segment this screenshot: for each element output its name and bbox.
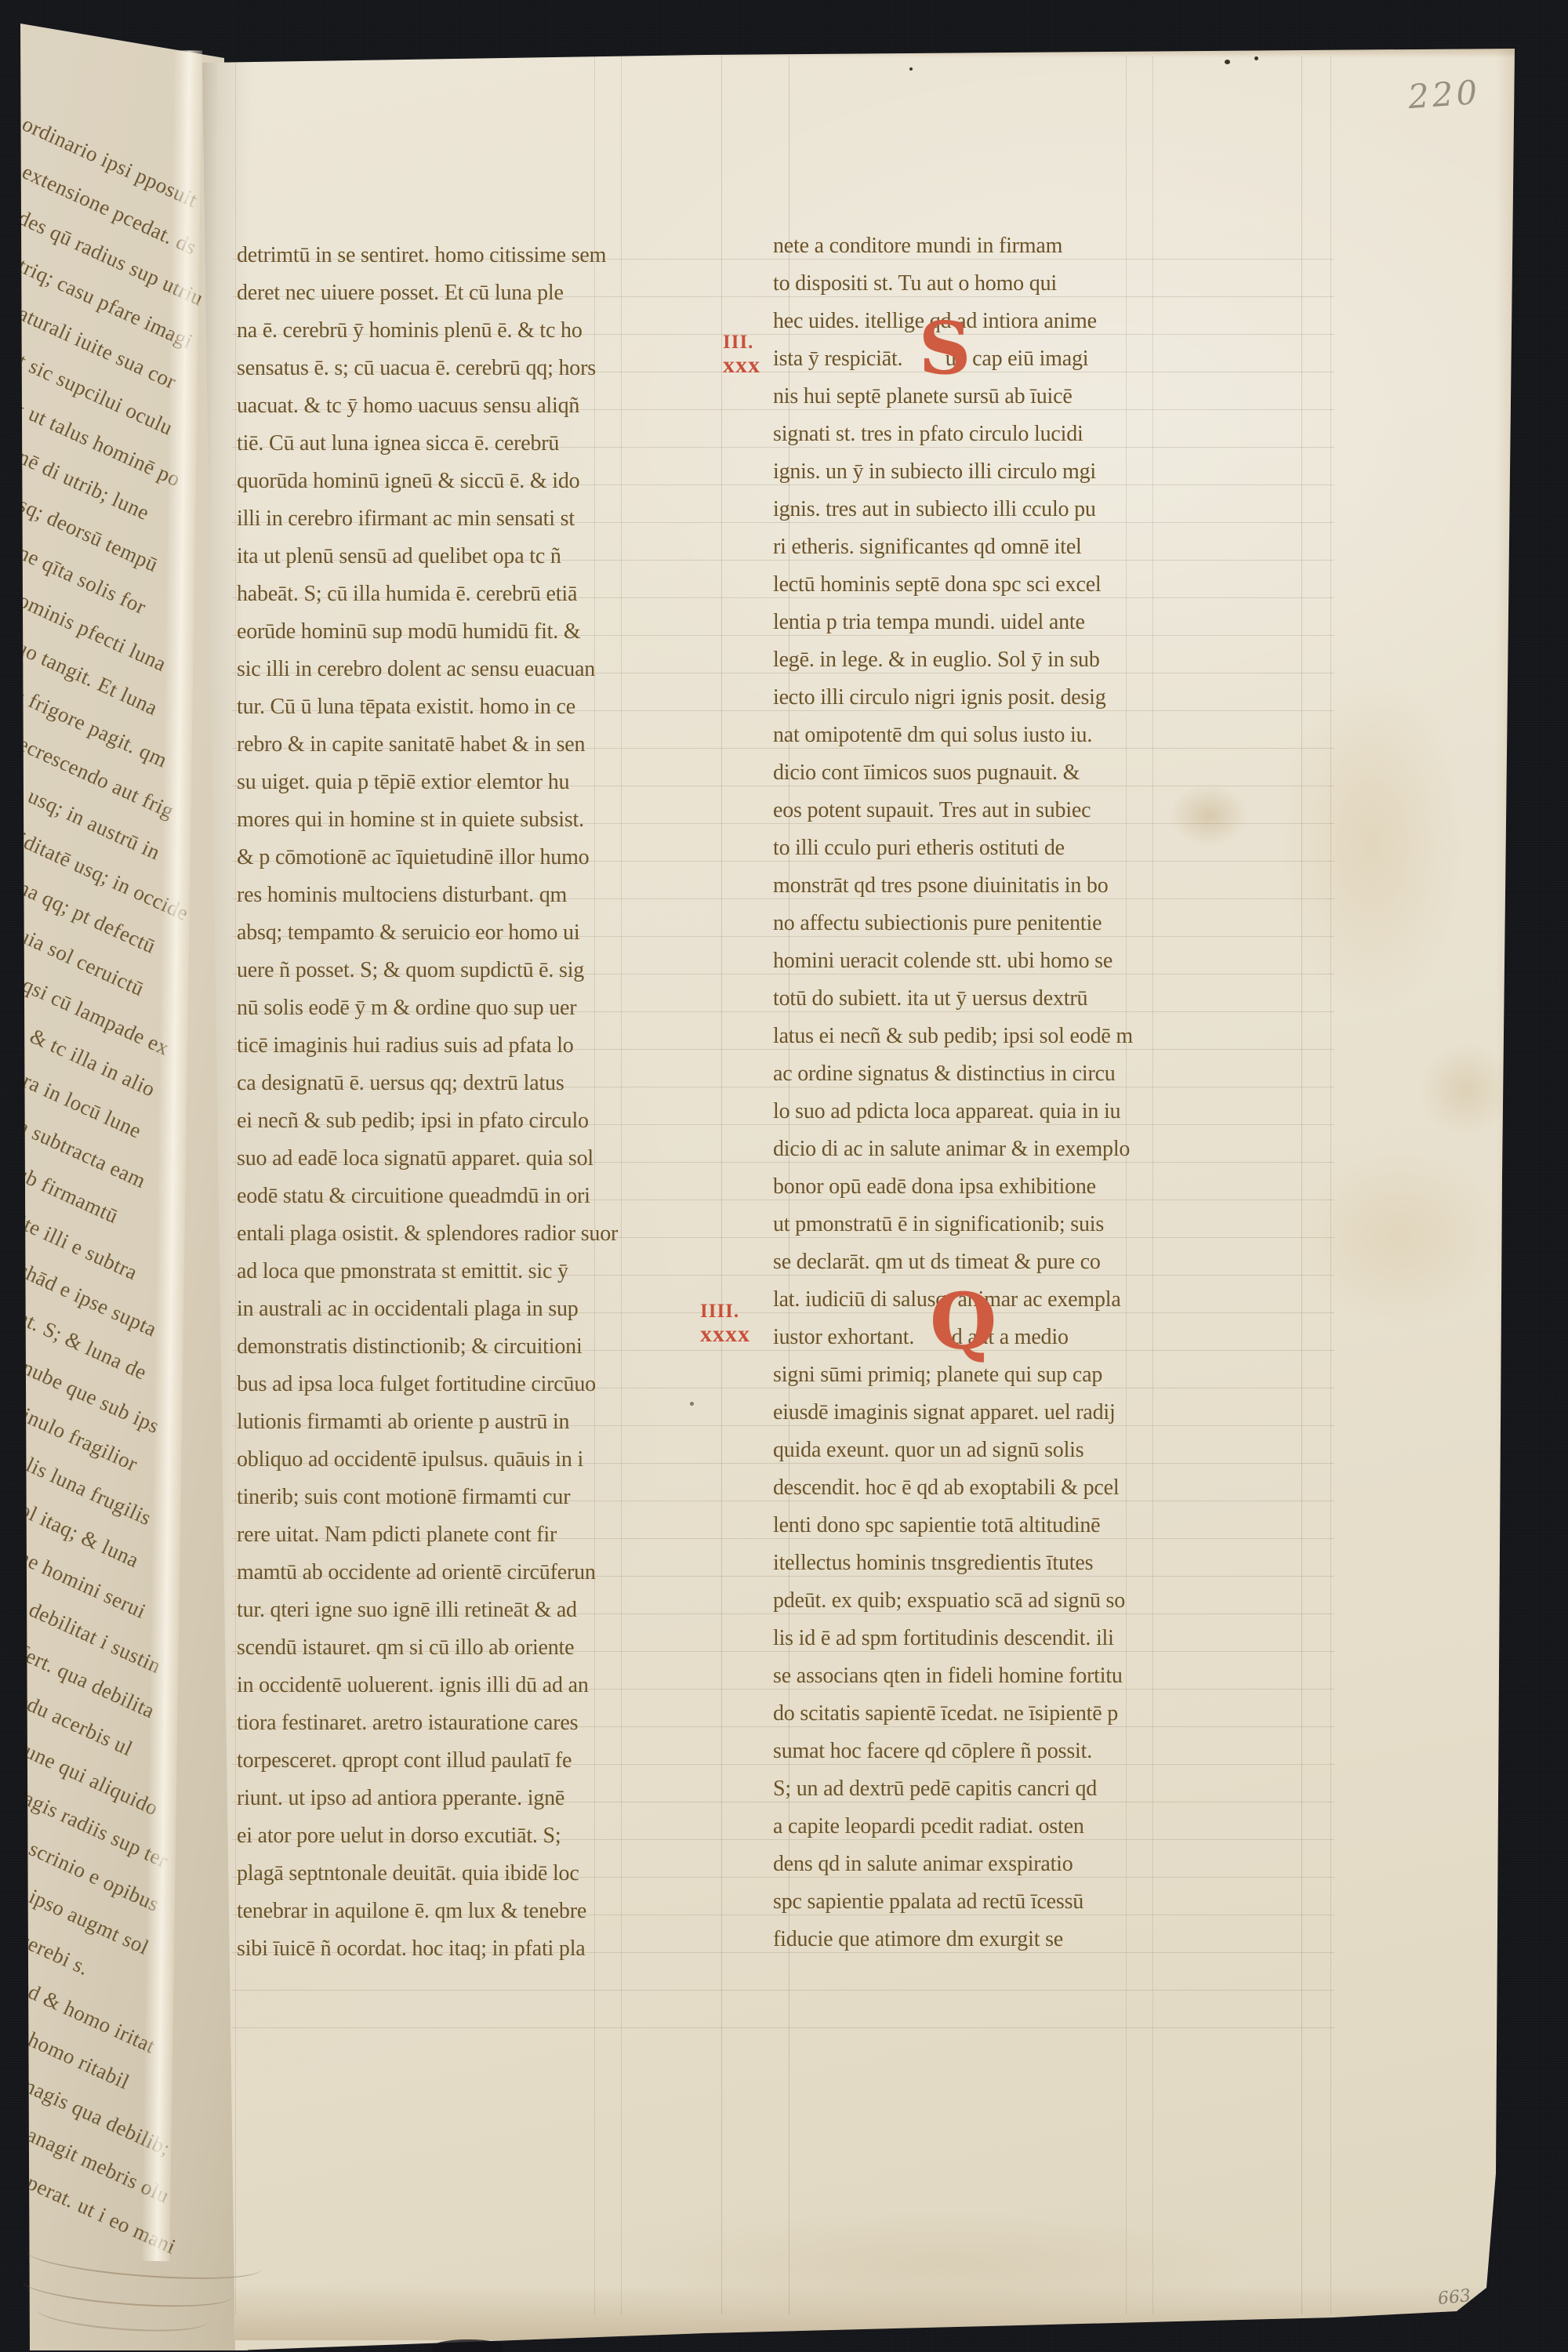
text-line: absq; tempamto & seruicio eor homo ui	[237, 914, 739, 952]
text-line: signi sūmi primiq; planete qui sup cap	[773, 1356, 1306, 1394]
chapter-marker-1: III. xxx	[723, 332, 760, 378]
page-top-edge	[202, 45, 1519, 58]
manuscript-page: detrimtū in se sentiret. homo citissime …	[0, 0, 1568, 2352]
text-line: ita ut plenū sensū ad quelibet opa tc ñ	[237, 538, 739, 575]
text-line: do scitatis sapientē īcedat. ne īsipient…	[773, 1695, 1306, 1733]
text-line: bus ad ipsa loca fulget fortitudine circ…	[237, 1366, 739, 1403]
text-line: nat omipotentē dm qui solus iusto iu.	[773, 717, 1306, 754]
corner-mark: 663	[1437, 2286, 1472, 2309]
text-line: bonor opū eadē dona ipsa exhibitione	[773, 1168, 1306, 1206]
chapter-roman-numeral: III.	[723, 332, 760, 353]
text-line: demonstratis distinctionib; & circuition…	[237, 1328, 739, 1366]
text-line: tur. qteri igne suo ignē illi retineāt &…	[237, 1592, 739, 1629]
text-line: lectū hominis septē dona spc sci excel	[773, 566, 1306, 604]
text-line: ut pmonstratū ē in significationib; suis	[773, 1206, 1306, 1243]
text-line: sibi īuicē ñ ocordat. hoc itaq; in pfati…	[237, 1930, 739, 1968]
text-line: itellectus hominis tnsgredientis ītutes	[773, 1544, 1306, 1582]
manuscript-photo: { "folio": { "number": "220", "corner_ma…	[0, 0, 1568, 2352]
text-line: se associans qten in fideli homine forti…	[773, 1657, 1306, 1695]
text-line: nis hui septē planete sursū ab īuicē	[773, 378, 1306, 416]
text-line: mores qui in homine st in quiete subsist…	[237, 801, 739, 839]
text-line: fiducie que atimore dm exurgit se	[773, 1921, 1306, 1958]
text-line: legē. in lege. & in euglio. Sol ȳ in sub	[773, 641, 1306, 679]
vertical-ruling	[235, 56, 236, 2314]
text-line: res hominis multociens disturbant. qm	[237, 877, 739, 914]
text-line: ad loca que pmonstrata st emittit. sic ȳ	[237, 1253, 739, 1290]
text-line: suo ad eadē loca signatū apparet. quia s…	[237, 1140, 739, 1178]
text-line: ignis. tres aut in subiecto illi cculo p…	[773, 491, 1306, 528]
text-line: homini ueracit colende stt. ubi homo se	[773, 942, 1306, 980]
chapter-roman-numeral: IIII.	[700, 1301, 750, 1322]
chapter-count-numeral: xxx	[723, 353, 760, 378]
text-line: a capite leopardi pcedit radiat. osten	[773, 1808, 1306, 1846]
text-line: ca designatū ē. uersus qq; dextrū latus	[237, 1065, 739, 1102]
text-line: lutionis firmamti ab oriente p austrū in	[237, 1403, 739, 1441]
text-line: ticē imaginis hui radius suis ad pfata l…	[237, 1027, 739, 1065]
text-line: ignis. un ȳ in subiecto illi circulo mgi	[773, 453, 1306, 491]
text-line: ei ator pore uelut in dorso excutiāt. S;	[237, 1817, 739, 1855]
text-line: ac ordine signatus & distinctius in circ…	[773, 1055, 1306, 1093]
text-line: latus ei necñ & sub pedib; ipsi sol eodē…	[773, 1018, 1306, 1055]
text-line: pdeūt. ex quib; exspuatio scā ad signū s…	[773, 1582, 1306, 1620]
text-line: lentia p tria tempa mundi. uidel ante	[773, 604, 1306, 641]
text-line: ei necñ & sub pedib; ipsi in pfato circu…	[237, 1102, 739, 1140]
text-line: ri etheris. significantes qd omnē itel	[773, 528, 1306, 566]
text-line: plagā septntonale deuitāt. quia ibidē lo…	[237, 1855, 739, 1893]
text-line: dicio di ac in salute animar & in exempl…	[773, 1131, 1306, 1168]
rubric-initial-s: S	[919, 312, 971, 384]
text-line: na ē. cerebrū ȳ hominis plenū ē. & tc ho	[237, 312, 739, 350]
text-line: no affectu subiectionis pure penitentie	[773, 905, 1306, 942]
parchment-stain	[1419, 1043, 1513, 1137]
chapter-marker-2: IIII. xxxx	[700, 1301, 750, 1347]
text-line: scendū istauret. qm si cū illo ab orient…	[237, 1629, 739, 1667]
text-line: eiusdē imaginis signat apparet. uel radi…	[773, 1394, 1306, 1432]
text-line: hec uides. itellige qd ad intiora anime	[773, 303, 1306, 340]
text-line: iecto illi circulo nigri ignis posit. de…	[773, 679, 1306, 717]
text-line: ista ȳ respiciāt. up cap eiū imagi	[773, 340, 1306, 378]
text-line: sic illi in cerebro dolent ac sensu euac…	[237, 651, 739, 688]
text-line: iustor exhortant. d aut a medio	[773, 1319, 1306, 1356]
ink-speck	[1254, 56, 1258, 60]
text-line: lo suo ad pdicta loca appareat. quia in …	[773, 1093, 1306, 1131]
text-line: to illi cculo puri etheris ostituti de	[773, 829, 1306, 867]
text-line: tinerib; suis cont motionē firmamti cur	[237, 1479, 739, 1516]
text-line: deret nec uiuere posset. Et cū luna ple	[237, 274, 739, 312]
text-line: entali plaga osistit. & splendores radio…	[237, 1215, 739, 1253]
page-right-edge	[1496, 47, 1527, 2321]
text-line: tiē. Cū aut luna ignea sicca ē. cerebrū	[237, 425, 739, 463]
ink-speck	[909, 67, 913, 71]
vertical-ruling	[1330, 56, 1331, 2314]
text-column-left: detrimtū in se sentiret. homo citissime …	[237, 237, 739, 1968]
text-line: nū solis eodē ȳ m & ordine quo sup uer	[237, 989, 739, 1027]
folio-number: 220	[1406, 73, 1481, 116]
text-line: totū do subiett. ita ut ȳ uersus dextrū	[773, 980, 1306, 1018]
text-line: sensatus ē. s; cū uacua ē. cerebrū qq; h…	[237, 350, 739, 387]
text-line: riunt. ut ipso ad antiora pperante. ignē	[237, 1780, 739, 1817]
text-line: uere ñ posset. S; & quom supdictū ē. sig	[237, 952, 739, 989]
text-line: lis id ē ad spm fortitudinis descendit. …	[773, 1620, 1306, 1657]
text-line: dens qd in salute animar exspiratio	[773, 1846, 1306, 1883]
text-line: eodē statu & circuitione queadmdū in ori	[237, 1178, 739, 1215]
text-line: detrimtū in se sentiret. homo citissime …	[237, 237, 739, 274]
text-line: lenti dono spc sapientie totā altitudinē	[773, 1507, 1306, 1544]
text-line: rere uitat. Nam pdicti planete cont fir	[237, 1516, 739, 1554]
text-line: descendit. hoc ē qd ab exoptabili & pcel	[773, 1469, 1306, 1507]
chapter-count-numeral: xxxx	[700, 1322, 750, 1347]
text-line: su uiget. quia p tēpiē extior elemtor hu	[237, 764, 739, 801]
text-line: rebro & in capite sanitatē habet & in se…	[237, 726, 739, 764]
text-line: uacuat. & tc ȳ homo uacuus sensu aliqñ	[237, 387, 739, 425]
text-line: quorūda hominū igneū & siccū ē. & ido	[237, 463, 739, 500]
text-line: nete a conditore mundi in firmam	[773, 227, 1306, 265]
text-line: in australi ac in occidentali plaga in s…	[237, 1290, 739, 1328]
ink-speck	[1225, 60, 1230, 64]
text-line: quida exeunt. quor un ad signū solis	[773, 1432, 1306, 1469]
binding-shadow	[433, 2339, 503, 2352]
text-line: illi in cerebro ifirmant ac min sensati …	[237, 500, 739, 538]
text-line: tiora festinaret. aretro istauratione ca…	[237, 1704, 739, 1742]
text-line: lat. iudiciū di salusq; animar ac exempl…	[773, 1281, 1306, 1319]
text-line: eorūde hominū sup modū humidū fit. &	[237, 613, 739, 651]
text-line: eos potent supauit. Tres aut in subiec	[773, 792, 1306, 829]
text-line: monstrāt qd tres psone diuinitatis in bo	[773, 867, 1306, 905]
text-line: tur. Cū ū luna tēpata existit. homo in c…	[237, 688, 739, 726]
text-line: habeāt. S; cū illa humida ē. cerebrū eti…	[237, 575, 739, 613]
text-line: sumat hoc facere qd cōplere ñ possit.	[773, 1733, 1306, 1770]
text-line: tenebrar in aquilone ē. qm lux & tenebre	[237, 1893, 739, 1930]
text-line: se declarāt. qm ut ds timeat & pure co	[773, 1243, 1306, 1281]
text-line: obliquo ad occidentē ipulsus. quāuis in …	[237, 1441, 739, 1479]
text-line: spc sapientie ppalata ad rectū īcessū	[773, 1883, 1306, 1921]
text-line: torpesceret. qpropt cont illud paulatī f…	[237, 1742, 739, 1780]
text-line: signati st. tres in pfato circulo lucidi	[773, 416, 1306, 453]
rubric-initial-q: Q	[930, 1284, 996, 1361]
text-line: S; un ad dextrū pedē capitis cancri qd	[773, 1770, 1306, 1808]
text-line: mamtū ab occidente ad orientē circūferun	[237, 1554, 739, 1592]
text-line: dicio cont īimicos suos pugnauit. &	[773, 754, 1306, 792]
text-line: & p cōmotionē ac īquietudinē illor humo	[237, 839, 739, 877]
text-column-right: nete a conditore mundi in firmamto dispo…	[773, 227, 1306, 1958]
text-line: to dispositi st. Tu aut o homo qui	[773, 265, 1306, 303]
text-line: in occidentē uoluerent. ignis illi dū ad…	[237, 1667, 739, 1704]
